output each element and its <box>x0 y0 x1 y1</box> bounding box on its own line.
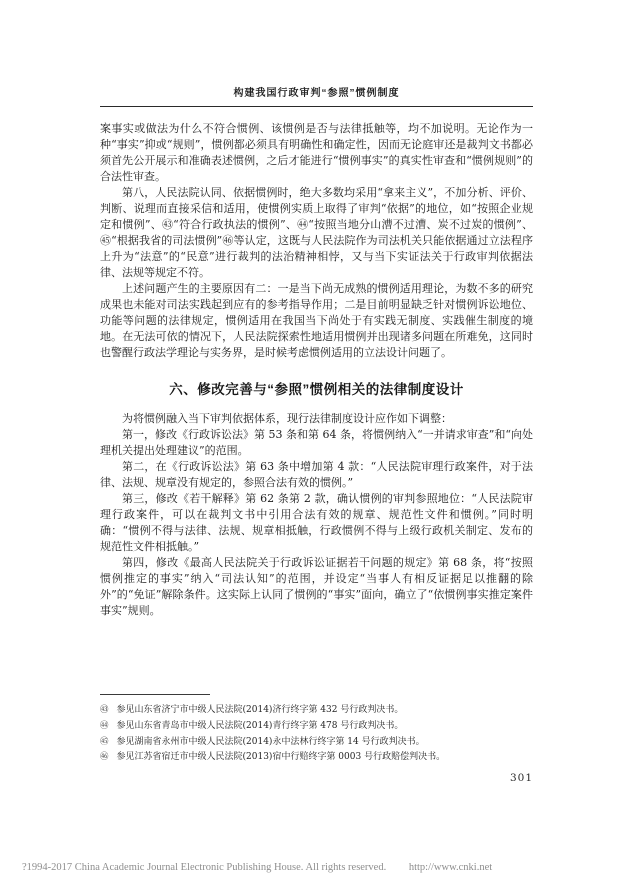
footnote-text: 参见山东省济宁市中级人民法院(2014)济行终字第 432 号行政判决书。 <box>117 705 404 715</box>
footnote-item: ㊻参见江苏省宿迁市中级人民法院(2013)宿中行赔终字第 0003 号行政赔偿判… <box>100 750 533 766</box>
footnote-text: 参见江苏省宿迁市中级人民法院(2013)宿中行赔终字第 0003 号行政赔偿判决… <box>117 752 446 762</box>
section-heading: 六、修改完善与“参照”惯例相关的法律制度设计 <box>100 378 533 398</box>
footnote-marker: ㊻ <box>100 750 109 766</box>
footnote-marker: ㊸ <box>100 703 109 719</box>
section-paragraph-intro: 为将惯例融入当下审判依据体系，现行法律制度设计应作如下调整： <box>100 411 533 427</box>
section-paragraph-second: 第二，在《行政诉讼法》第 63 条中增加第 4 款：“人民法院审理行政案件，对于… <box>100 459 533 491</box>
header-rule <box>100 106 533 107</box>
footnote-separator <box>100 694 210 695</box>
footnote-item: ㊸参见山东省济宁市中级人民法院(2014)济行终字第 432 号行政判决书。 <box>100 703 533 719</box>
footnote-text: 参见山东省青岛市中级人民法院(2014)青行终字第 478 号行政判决书。 <box>117 721 404 731</box>
section-paragraph-third: 第三，修改《若干解释》第 62 条第 2 款，确认惯例的审判参照地位：“人民法院… <box>100 491 533 555</box>
footnote-text: 参见湖南省永州市中级人民法院(2014)永中法林行终字第 14 号行政判决书。 <box>117 737 425 747</box>
footnotes-block: ㊸参见山东省济宁市中级人民法院(2014)济行终字第 432 号行政判决书。 ㊹… <box>100 694 533 766</box>
body-paragraph-eighth-point: 第八，人民法院认同、依据惯例时，绝大多数均采用“拿来主义”，不加分析、评价、判断… <box>100 185 533 281</box>
section-paragraph-fourth: 第四，修改《最高人民法院关于行政诉讼证据若干问题的规定》第 68 条，将“按照惯… <box>100 555 533 619</box>
scan-footer: ?1994-2017 China Academic Journal Electr… <box>22 862 622 873</box>
page-content: 构建我国行政审判“参照”惯例制度 案事实或做法为什么不符合惯例、该惯例是否与法律… <box>100 84 533 619</box>
footnote-marker: ㊺ <box>100 735 109 751</box>
section-paragraph-first: 第一，修改《行政诉讼法》第 53 条和第 64 条，将惯例纳入“一并请求审查”和… <box>100 427 533 459</box>
footnote-item: ㊺参见湖南省永州市中级人民法院(2014)永中法林行终字第 14 号行政判决书。 <box>100 735 533 751</box>
running-head: 构建我国行政审判“参照”惯例制度 <box>100 84 533 99</box>
copyright-text: ?1994-2017 China Academic Journal Electr… <box>22 862 386 873</box>
page-number: 301 <box>100 772 533 784</box>
body-paragraph-continuation: 案事实或做法为什么不符合惯例、该惯例是否与法律抵触等，均不加说明。无论作为一种“… <box>100 121 533 185</box>
footnote-item: ㊹参见山东省青岛市中级人民法院(2014)青行终字第 478 号行政判决书。 <box>100 719 533 735</box>
footnote-marker: ㊹ <box>100 719 109 735</box>
cnki-url: http://www.cnki.net <box>409 862 492 873</box>
body-paragraph-causes: 上述问题产生的主要原因有二：一是当下尚无成熟的惯例适用理论，为数不多的研究成果也… <box>100 281 533 361</box>
document-page: 构建我国行政审判“参照”惯例制度 案事实或做法为什么不符合惯例、该惯例是否与法律… <box>0 0 633 894</box>
